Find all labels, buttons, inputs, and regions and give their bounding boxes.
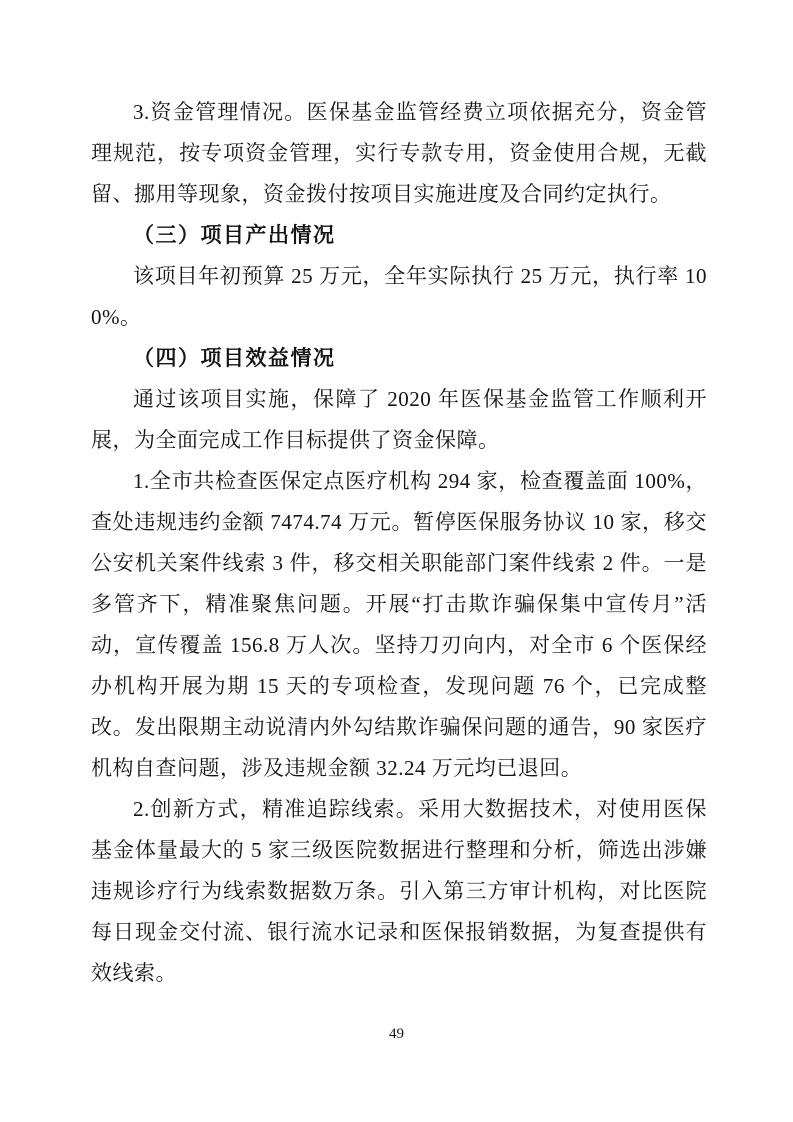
document-page: 3.资金管理情况。医保基金监管经费立项依据充分，资金管理规范，按专项资金管理，实… [0,0,793,1122]
page-number: 49 [0,1026,793,1043]
paragraph-fund-management: 3.资金管理情况。医保基金监管经费立项依据充分，资金管理规范，按专项资金管理，实… [91,92,707,215]
paragraph-project-benefit-intro: 通过该项目实施，保障了 2020 年医保基金监管工作顺利开展，为全面完成工作目标… [91,379,707,461]
document-text-block: 3.资金管理情况。医保基金监管经费立项依据充分，资金管理规范，按专项资金管理，实… [91,92,707,994]
paragraph-project-output: 该项目年初预算 25 万元，全年实际执行 25 万元，执行率 100%。 [91,256,707,338]
heading-project-benefit: （四）项目效益情况 [91,338,707,379]
paragraph-innovation-methods: 2.创新方式，精准追踪线索。采用大数据技术，对使用医保基金体量最大的 5 家三级… [91,789,707,994]
heading-project-output: （三）项目产出情况 [91,215,707,256]
paragraph-inspection-results: 1.全市共检查医保定点医疗机构 294 家，检查覆盖面 100%，查处违规违约金… [91,461,707,789]
